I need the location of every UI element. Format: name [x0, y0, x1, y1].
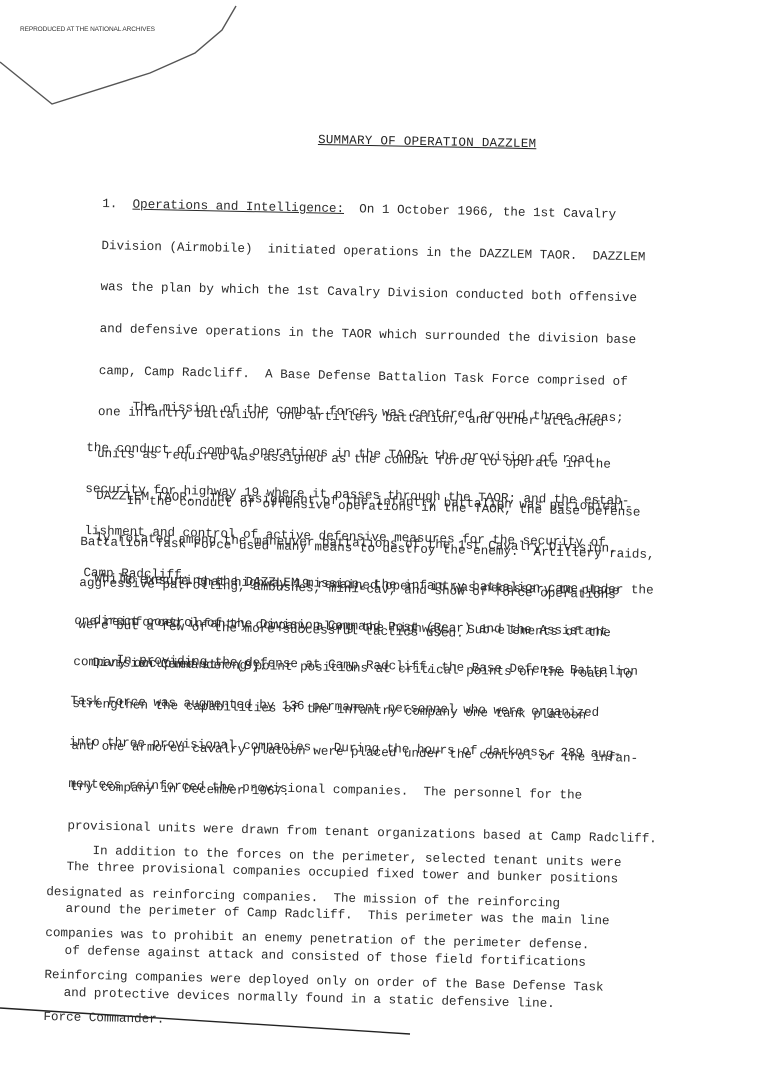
text-line-rest: On 1 October 1966, the 1st Cavalry — [344, 202, 616, 222]
text-line: was the plan by which the 1st Cavalry Di… — [100, 281, 659, 307]
paragraph-reinforcing-companies: In addition to the forces on the perimet… — [43, 816, 622, 1051]
section-heading: Operations and Intelligence: — [132, 197, 344, 215]
text-line: mentees reinforced the provisional compa… — [68, 778, 658, 805]
text-line: Division (Airmobile) initiated operation… — [101, 240, 660, 266]
text-line: In addition to the forces on the perimet… — [47, 844, 622, 871]
text-line: and defensive operations in the TAOR whi… — [100, 323, 659, 349]
document-title: SUMMARY OF OPERATION DAZZLEM — [318, 133, 537, 151]
section-number: 1. — [102, 197, 117, 211]
text-line: into three provisional companies. During… — [69, 736, 659, 763]
text-line: To insure that highway 19 remained open,… — [75, 573, 642, 600]
text-line: 1. Operations and Intelligence: On 1 Oct… — [102, 198, 661, 224]
archives-stamp: REPRODUCED AT THE NATIONAL ARCHIVES — [20, 26, 155, 33]
text-line: companies was to prohibit an enemy penet… — [45, 927, 620, 954]
text-line: designated as reinforcing companies. The… — [46, 886, 621, 913]
text-line: Task Force was augmented by 136 permanen… — [70, 695, 660, 722]
text-line: the conduct of combat operations in the … — [86, 442, 630, 468]
text-line: Force Commander. — [43, 1011, 618, 1038]
text-line: In the conduct of offensive operations i… — [81, 494, 656, 521]
text-line: In providing the defense at Camp Radclif… — [71, 653, 661, 680]
text-line: Reinforcing companies were deployed only… — [44, 969, 619, 996]
text-line: The mission of the combat forces was cen… — [87, 400, 631, 426]
